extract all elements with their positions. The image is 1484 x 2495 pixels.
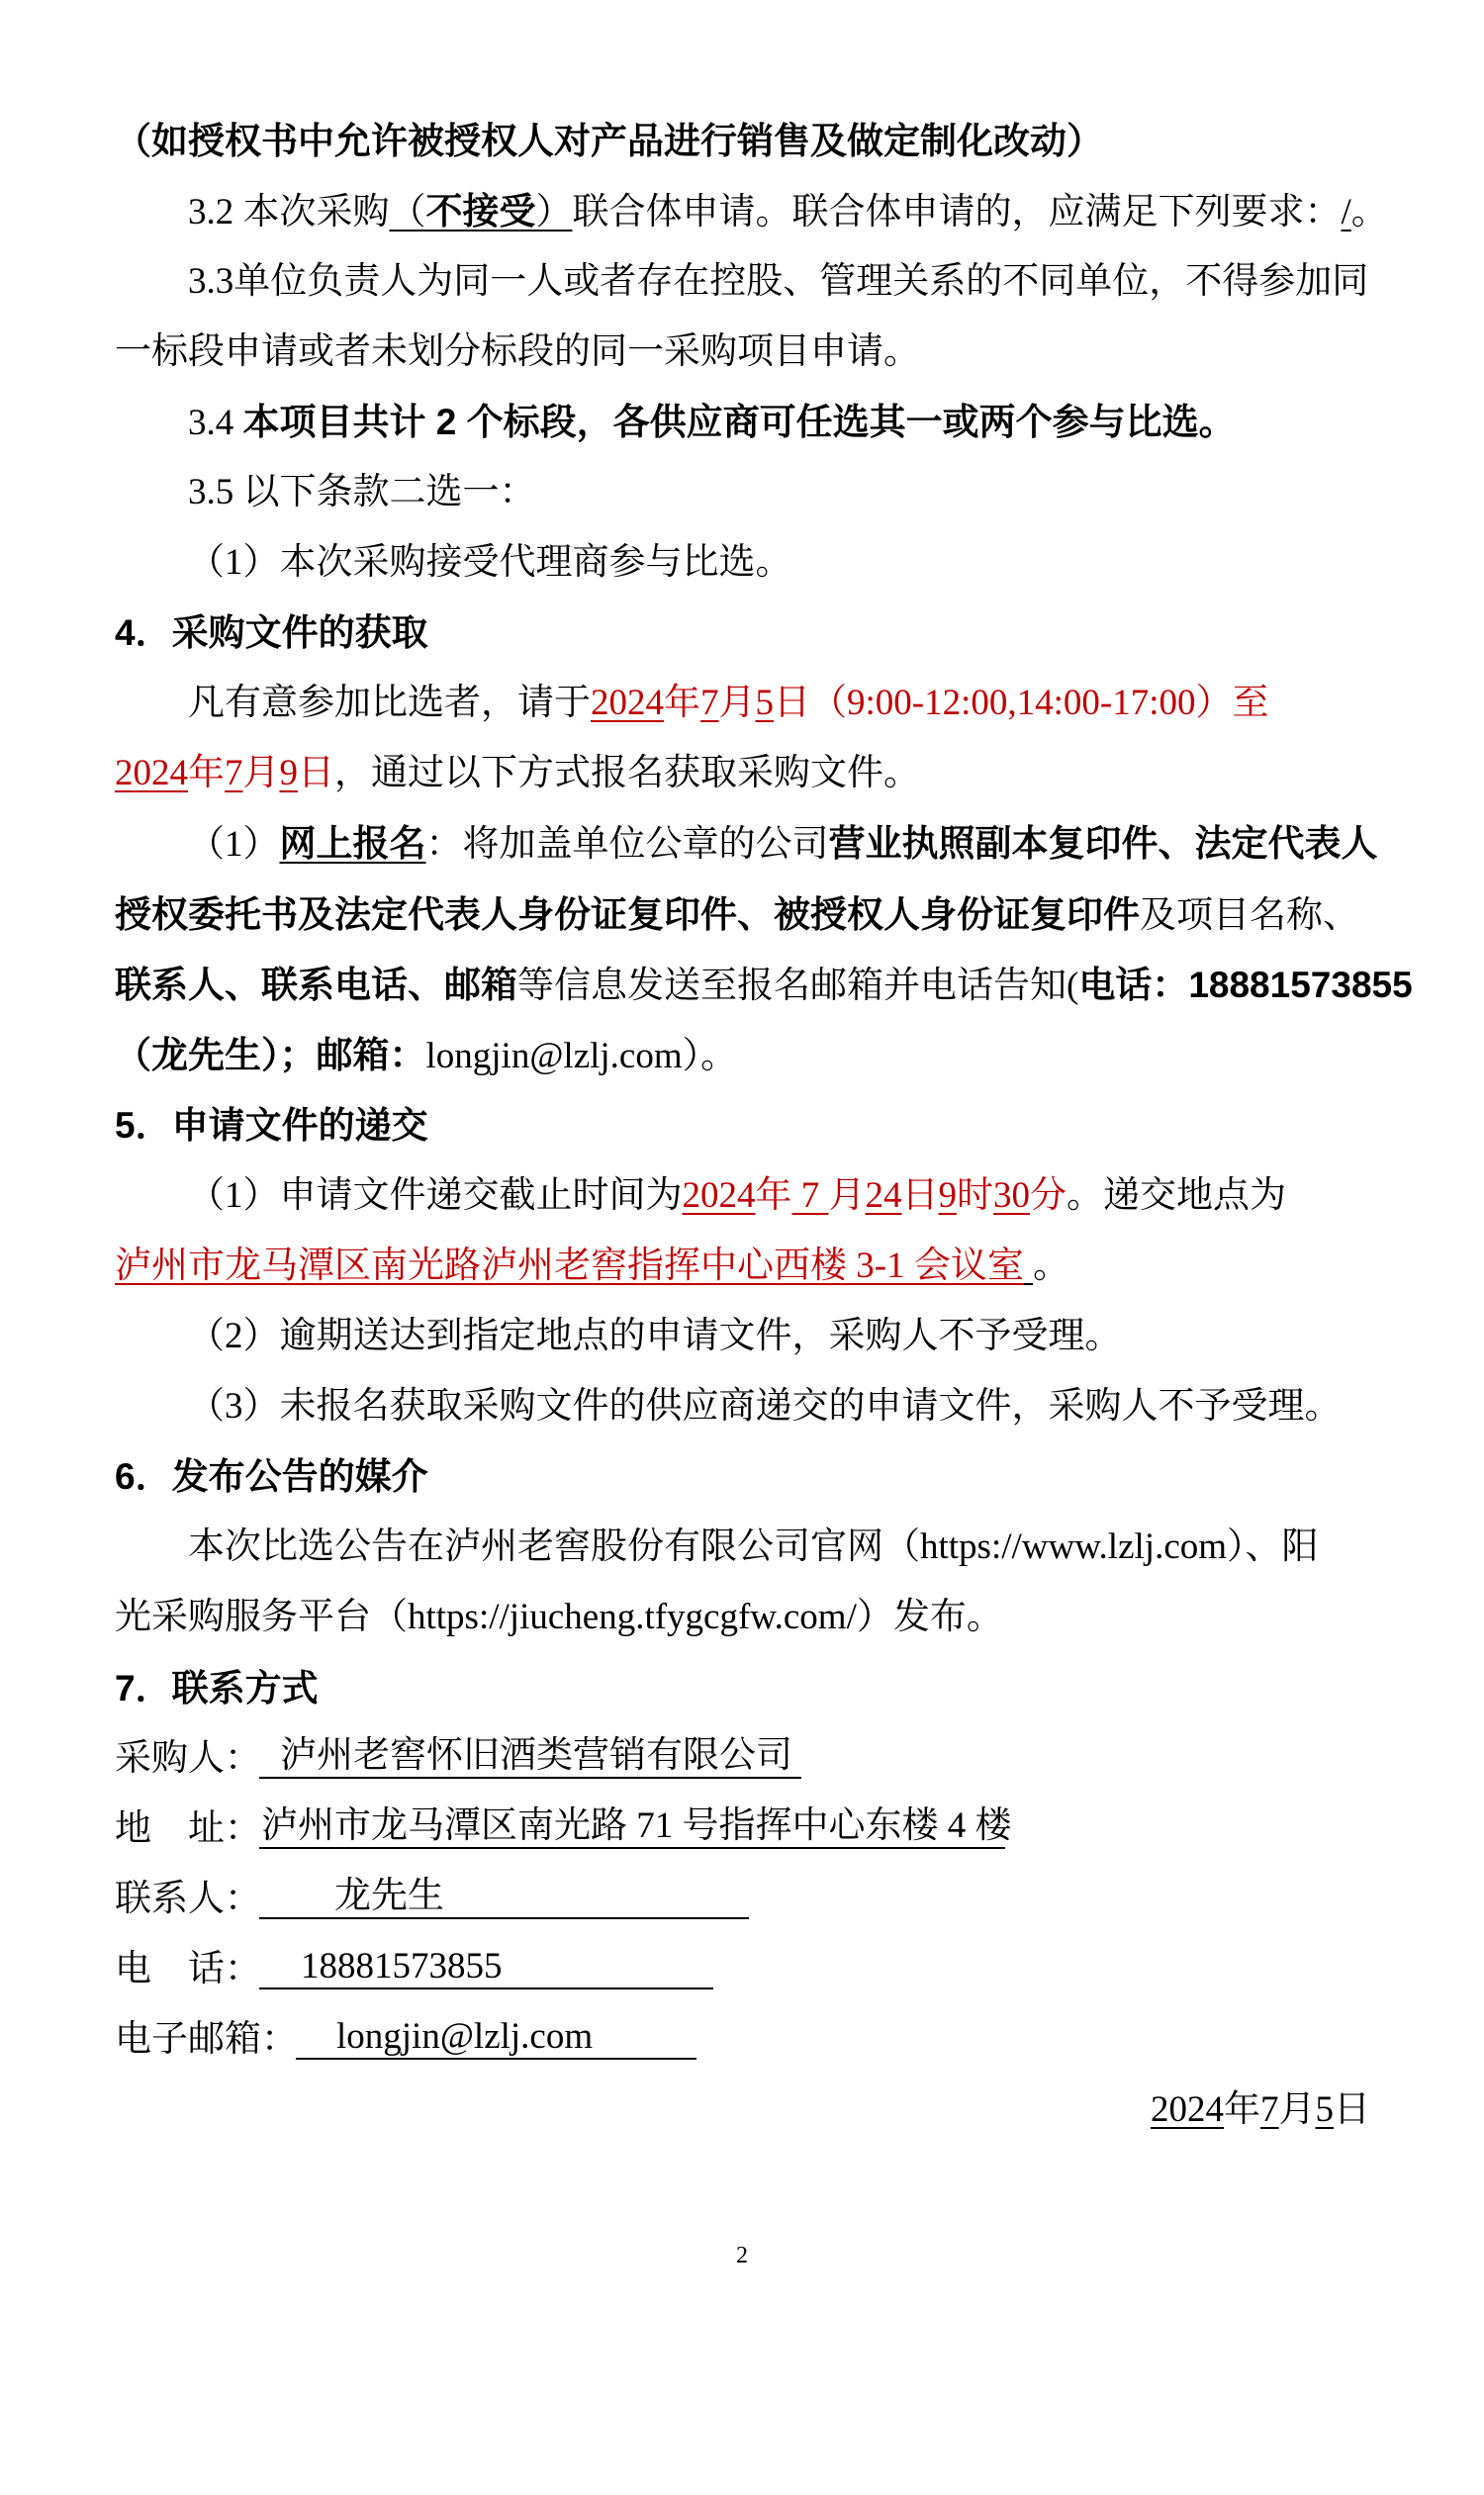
deadline-day: 24: [866, 1175, 902, 1216]
online-registration-line-3: 联系人、联系电话、邮箱等信息发送至报名邮箱并电话告知(电话：1888157385…: [115, 950, 1370, 1020]
contact-address: 地 址： 泸州市龙马潭区南光路 71 号指挥中心东楼 4 楼: [115, 1794, 1370, 1864]
section-7-heading: 7．联系方式: [115, 1653, 1370, 1723]
text-run: 3.5 以下条款二选一：: [188, 472, 536, 512]
purchaser-value: 泸州老窖怀旧酒类营销有限公司: [259, 1735, 801, 1779]
text-run: 3.3单位负责人为同一人或者存在控股、管理关系的不同单位，不得参加同: [188, 261, 1368, 302]
online-registration-line-2: 授权委托书及法定代表人身份证复印件、被授权人身份证复印件及项目名称、: [115, 879, 1370, 950]
text-run: 日: [902, 1175, 939, 1216]
text-run: 分: [1030, 1175, 1067, 1216]
clause-3-5-option-1: （1）本次采购接受代理商参与比选。: [115, 527, 1370, 598]
date-year: 2024: [591, 683, 664, 723]
publication-line-2: 光采购服务平台（https://jiucheng.tfygcgfw.com/）发…: [115, 1582, 1370, 1652]
date-month: 7: [700, 683, 719, 723]
text-run: 月: [829, 1175, 866, 1216]
address-value: 泸州市龙马潭区南光路 71 号指挥中心东楼 4 楼: [259, 1805, 1005, 1849]
deadline-year: 2024: [683, 1175, 756, 1216]
text-run: 日: [298, 753, 334, 793]
person-label: 联系人：: [115, 1864, 261, 1934]
late-submission-clause: （2）逾期送达到指定地点的申请文件，采购人不予受理。: [115, 1301, 1370, 1371]
deadline-month: 7: [792, 1175, 829, 1216]
clause-3-3-line-1: 3.3单位负责人为同一人或者存在控股、管理关系的不同单位，不得参加同: [115, 246, 1370, 317]
text-run: ）: [536, 192, 573, 232]
authorization-note: （如授权书中允许被授权人对产品进行销售及做定制化改动）: [115, 106, 1370, 176]
online-registration-line-4: （龙先生）；邮箱：longjin@lzlj.com）。: [115, 1020, 1370, 1090]
date-day: 9: [280, 753, 299, 793]
online-registration-line-1: （1）网上报名：将加盖单位公章的公司营业执照副本复印件、法定代表人: [115, 808, 1370, 878]
signature-year: 2024: [1151, 2089, 1224, 2130]
text-run: 联合体申请。联合体申请的，应满足下列要求：: [573, 192, 1342, 232]
section-5-heading: 5．申请文件的递交: [115, 1090, 1370, 1160]
submission-deadline-line-2: 泸州市龙马潭区南光路泸州老窖指挥中心西楼 3-1 会议室 。: [115, 1231, 1370, 1301]
section-6-heading: 6．发布公告的媒介: [115, 1441, 1370, 1512]
email-label: 电子邮箱：: [115, 2004, 298, 2075]
deadline-minute: 30: [993, 1175, 1030, 1216]
text-run: 授权委托书及法定代表人身份证复印件、被授权人身份证复印件: [115, 894, 1140, 935]
purchaser-label: 采购人：: [115, 1723, 261, 1794]
online-registration-label: 网上报名: [280, 823, 426, 864]
signature-month: 7: [1260, 2089, 1279, 2130]
unregistered-clause: （3）未报名获取采购文件的供应商递交的申请文件，采购人不予受理。: [115, 1371, 1370, 1441]
contact-phone: 电 话： 18881573855: [115, 1934, 1370, 2004]
text-run: 一标段申请或者未划分标段的同一采购项目申请。: [115, 331, 920, 372]
clause-3-2: 3.2 本次采购（不接受）联合体申请。联合体申请的，应满足下列要求：/。: [115, 176, 1370, 246]
text-run: 月: [243, 753, 280, 793]
phone-label: 电 话：: [115, 1934, 261, 2004]
text-run: （1）申请文件递交截止时间为: [188, 1175, 683, 1216]
text-run: 3.2 本次采购: [188, 192, 390, 232]
document-page: （如授权书中允许被授权人对产品进行销售及做定制化改动） 3.2 本次采购（不接受…: [0, 0, 1484, 2495]
text-run: 时: [957, 1175, 993, 1216]
text-run: （1）本次采购接受代理商参与比选。: [188, 542, 792, 583]
text-run: ：将加盖单位公章的公司: [426, 824, 829, 865]
section-4-period-line-2: 2024年7月9日，通过以下方式报名获取采购文件。: [115, 738, 1370, 808]
section-heading: 5．申请文件的递交: [115, 1105, 428, 1146]
signature-day: 5: [1316, 2089, 1335, 2130]
clause-3-4: 3.4 本项目共计 2 个标段，各供应商可任选其一或两个参与比选。: [115, 387, 1370, 457]
text-run: 3.4: [188, 403, 243, 443]
text-run: 月: [719, 683, 756, 723]
contact-email: 电子邮箱： longjin@lzlj.com: [115, 2004, 1370, 2075]
text-run: 等信息发送至报名邮箱并电话告知(: [517, 966, 1078, 1006]
registration-phone: 电话：18881573855: [1078, 965, 1412, 1005]
section-4-period-line-1: 凡有意参加比选者，请于2024年7月5日（9:00-12:00,14:00-17…: [115, 668, 1370, 738]
text-run: 本次比选公告在泸州老窖股份有限公司官网（https://www.lzlj.com…: [188, 1526, 1319, 1567]
text-run: 日: [1334, 2089, 1370, 2130]
text-run: 营业执照副本复印件、法定代表人: [829, 823, 1378, 864]
phone-value: 18881573855: [259, 1946, 713, 1989]
text-run: ，通过以下方式报名获取采购文件。: [334, 753, 920, 793]
text-run: 本项目共计 2 个标段，各供应商可任选其一或两个参与比选。: [243, 402, 1236, 442]
date-month: 7: [225, 753, 243, 793]
text-run: 月: [1279, 2089, 1316, 2130]
text-run: [1024, 1246, 1033, 1286]
date-day: 5: [756, 683, 775, 723]
text-run: 。递交地点为: [1067, 1175, 1286, 1216]
email-value: longjin@lzlj.com: [296, 2016, 696, 2060]
text-run: （龙先生）；邮箱：: [115, 1035, 426, 1075]
contact-purchaser: 采购人： 泸州老窖怀旧酒类营销有限公司: [115, 1723, 1370, 1794]
signature-date: 2024年7月5日: [115, 2075, 1370, 2145]
time-range: 日（9:00-12:00,14:00-17:00）至: [774, 683, 1269, 723]
text-run: 及项目名称、: [1140, 895, 1359, 936]
deadline-hour: 9: [939, 1175, 958, 1216]
submission-location: 泸州市龙马潭区南光路泸州老窖指挥中心西楼 3-1 会议室: [115, 1246, 1024, 1286]
text-run: 年: [756, 1175, 792, 1216]
registration-email: longjin@lzlj.com）。: [426, 1036, 738, 1076]
address-label: 地 址：: [115, 1794, 261, 1864]
text-run: （1）: [188, 824, 280, 865]
text-run: 年: [664, 683, 700, 723]
consortium-status: 不接受: [426, 191, 536, 231]
clause-3-3-line-2: 一标段申请或者未划分标段的同一采购项目申请。: [115, 317, 1370, 387]
text-run: 年: [1224, 2089, 1260, 2130]
clause-3-5: 3.5 以下条款二选一：: [115, 457, 1370, 527]
text-run: （: [390, 192, 426, 232]
person-value: 龙先生: [259, 1876, 749, 1919]
text-run: 。: [1351, 192, 1388, 232]
text-run: 凡有意参加比选者，请于: [188, 683, 591, 723]
text-run: 。: [1033, 1246, 1069, 1286]
date-year: 2024: [115, 753, 188, 793]
section-heading: 7．联系方式: [115, 1668, 319, 1709]
not-applicable-mark: /: [1342, 192, 1351, 232]
document-body: （如授权书中允许被授权人对产品进行销售及做定制化改动） 3.2 本次采购（不接受…: [115, 106, 1370, 2146]
section-heading: 6．发布公告的媒介: [115, 1456, 428, 1497]
text-run: 光采购服务平台（https://jiucheng.tfygcgfw.com/）发…: [115, 1597, 1003, 1637]
text-run: （3）未报名获取采购文件的供应商递交的申请文件，采购人不予受理。: [188, 1386, 1342, 1427]
submission-deadline-line-1: （1）申请文件递交截止时间为2024年 7 月24日9时30分。递交地点为: [115, 1160, 1370, 1231]
text-run: （2）逾期送达到指定地点的申请文件，采购人不予受理。: [188, 1316, 1122, 1356]
contact-person: 联系人： 龙先生: [115, 1864, 1370, 1934]
text-run: （如授权书中允许被授权人对产品进行销售及做定制化改动）: [115, 121, 1103, 161]
section-4-heading: 4．采购文件的获取: [115, 598, 1370, 668]
text-run: 联系人、联系电话、邮箱: [115, 965, 517, 1005]
text-run: 年: [188, 753, 225, 793]
section-heading: 4．采购文件的获取: [115, 612, 428, 653]
publication-line-1: 本次比选公告在泸州老窖股份有限公司官网（https://www.lzlj.com…: [115, 1512, 1370, 1582]
page-number: 2: [730, 2240, 754, 2271]
